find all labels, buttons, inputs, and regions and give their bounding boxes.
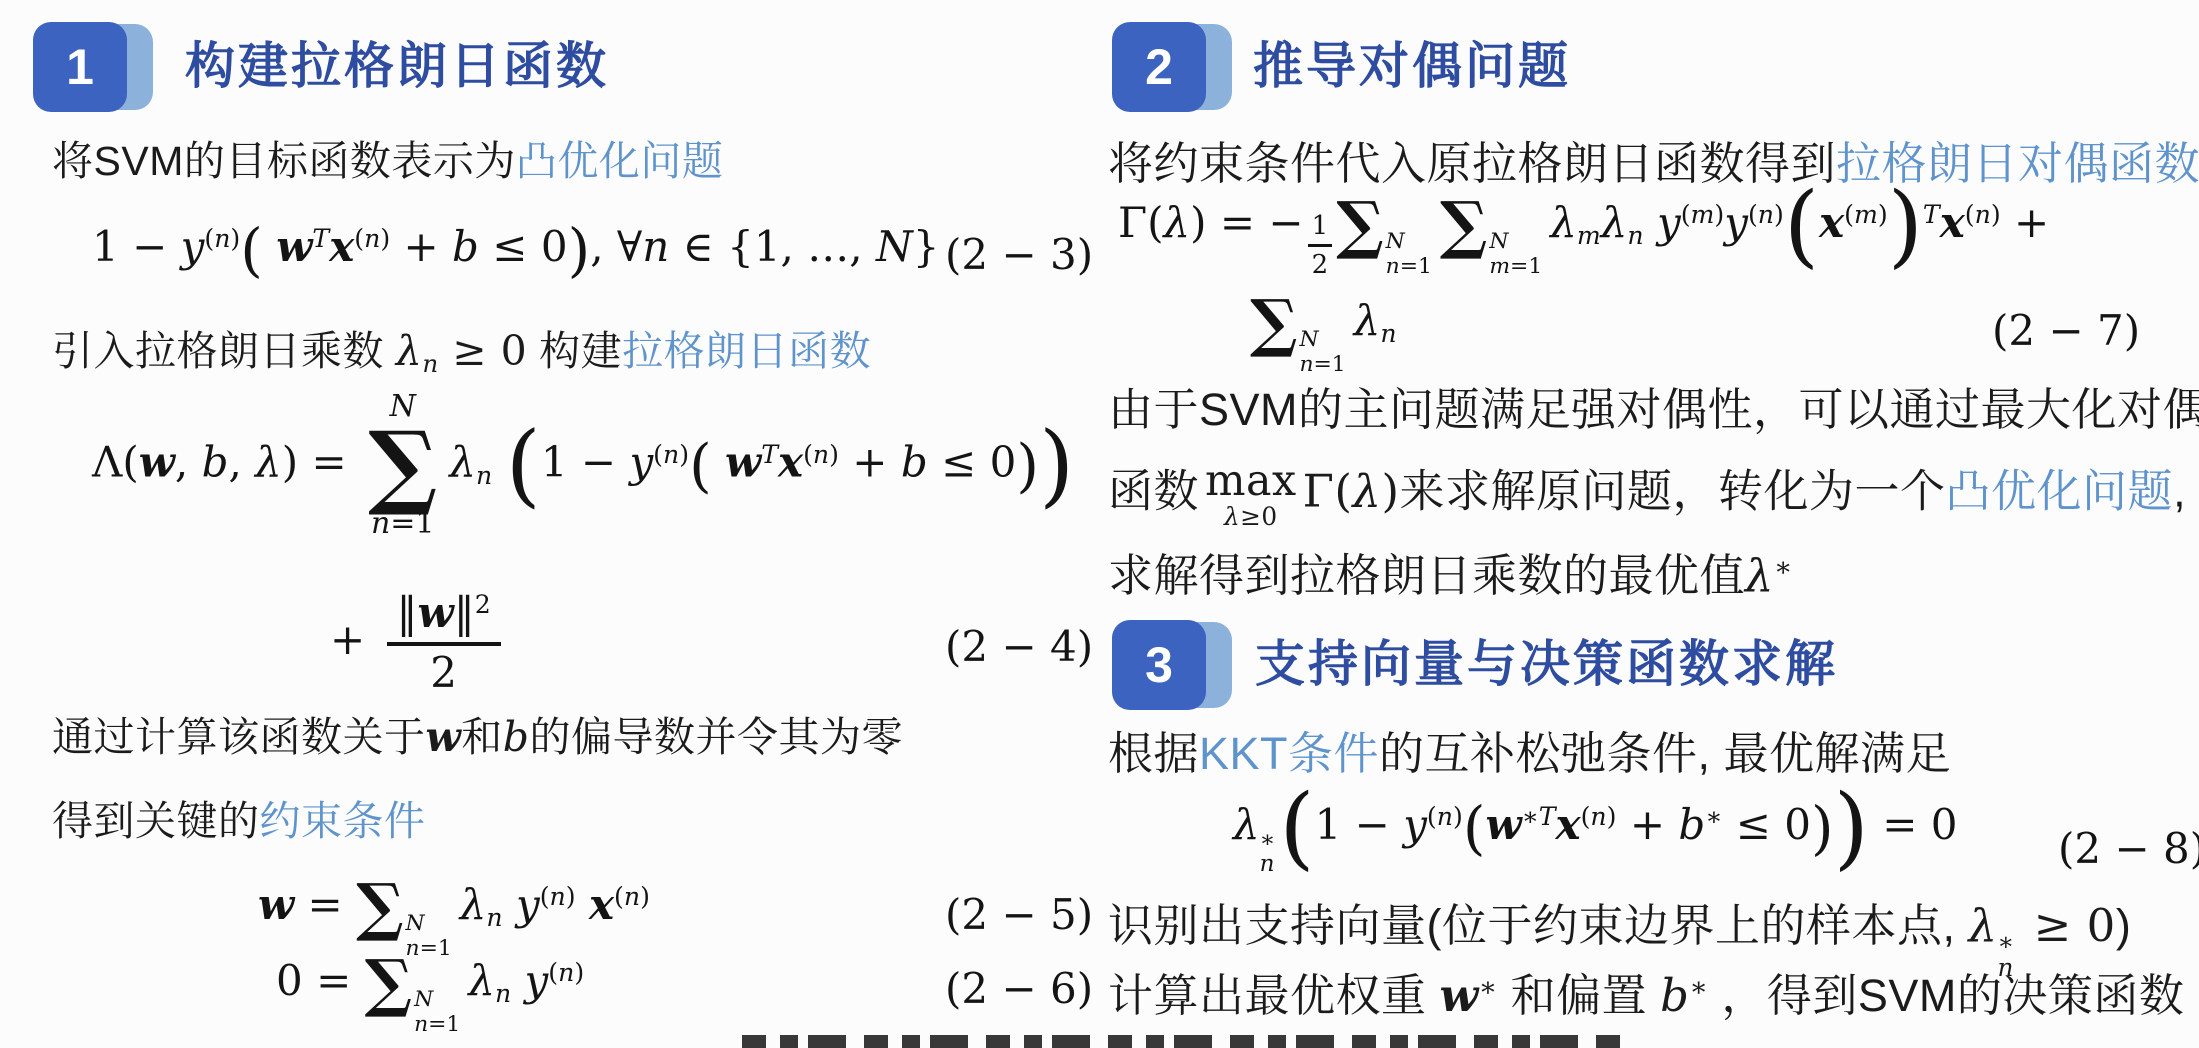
equation-2-3: 1 − y(n)( wTx(n) + b ≤ 0), ∀n ∈ {1, …, N… [92, 222, 939, 272]
section-1-badge: 1 [33, 22, 157, 112]
equation-2-6: 0 = ∑Nn=1λn y(n) [276, 956, 584, 1037]
slide: 1 构建拉格朗日函数 将SVM的目标函数表示为凸优化问题 1 − y(n)( w… [0, 0, 2199, 1048]
left-paragraph-multiplier: 引入拉格朗日乘数 λn ≥ 0 构建拉格朗日函数 [52, 326, 871, 377]
section-3-badge: 3 [1112, 620, 1236, 710]
section-3-badge-box: 3 [1112, 620, 1206, 710]
clipped-bottom-text-row [742, 1035, 1630, 1048]
section-2-badge: 2 [1112, 22, 1236, 112]
section-1-title: 构建拉格朗日函数 [185, 36, 609, 96]
right-paragraph-maximize: 函数maxλ≥0Γ(λ)来求解原问题，转化为一个凸优化问题, [1108, 460, 2186, 530]
section-2-badge-box: 2 [1112, 22, 1206, 112]
equation-2-6-label: (2 − 6) [945, 964, 1093, 1013]
section-1-badge-box: 1 [33, 22, 127, 112]
equation-2-4-line2: + ‖w‖22 [330, 590, 509, 696]
section-3-title: 支持向量与决策函数求解 [1255, 634, 1838, 694]
equation-2-5-label: (2 − 5) [945, 890, 1093, 939]
right-paragraph-substitute: 将约束条件代入原拉格朗日函数得到拉格朗日对偶函数 [1108, 136, 2199, 192]
equation-2-7-line1: Γ(λ) = −12∑Nn=1∑Nm=1λmλn y(m)y(n)(x(m))T… [1118, 198, 2049, 280]
section-2-title: 推导对偶问题 [1253, 36, 1571, 96]
right-paragraph-decision-function: 计算出最优权重 w∗ 和偏置 b∗ ，得到SVM的决策函数 [1108, 968, 2184, 1024]
right-paragraph-kkt: 根据KKT条件的互补松弛条件, 最优解满足 [1108, 726, 1951, 782]
section-3-number: 3 [1145, 640, 1173, 690]
left-paragraph-intro: 将SVM的目标函数表示为凸优化问题 [52, 136, 723, 187]
right-paragraph-optimal-lambda: 求解得到拉格朗日乘数的最优值λ∗ [1108, 548, 1793, 604]
equation-2-7-line2: ∑Nn=1λn [1250, 296, 1397, 377]
left-paragraph-derivative: 通过计算该函数关于w和b的偏导数并令其为零 [52, 712, 903, 763]
equation-2-4-label: (2 − 4) [945, 622, 1093, 671]
equation-2-8: λ∗n(1 − y(n)(w∗Tx(n) + b∗ ≤ 0)) = 0 [1233, 800, 1958, 877]
equation-2-4-line1: Λ(w, b, λ) = N∑n=1λn (1 − y(n)( wTx(n) +… [92, 392, 1074, 539]
equation-2-8-label: (2 − 8) [2058, 824, 2199, 873]
section-1-number: 1 [66, 42, 94, 92]
equation-2-5: w = ∑Nn=1λn y(n) x(n) [258, 880, 650, 961]
section-2-number: 2 [1145, 42, 1173, 92]
left-paragraph-constraints: 得到关键的约束条件 [52, 796, 426, 847]
right-paragraph-duality: 由于SVM的主问题满足强对偶性，可以通过最大化对偶 [1108, 382, 2199, 438]
equation-2-7-label: (2 − 7) [1992, 306, 2140, 355]
equation-2-3-label: (2 − 3) [945, 230, 1093, 279]
